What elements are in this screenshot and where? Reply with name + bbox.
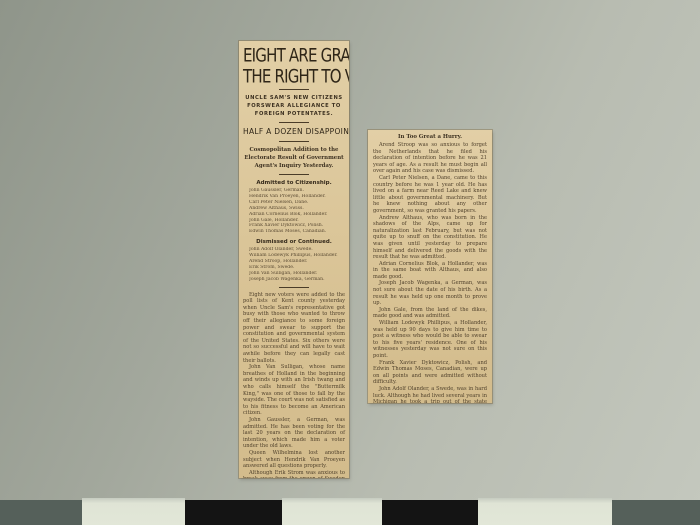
newspaper-clipping-right: In Too Great a Hurry. Arend Stroop was s… — [368, 130, 492, 403]
paragraph: Arend Stroop was so anxious to forget th… — [373, 142, 487, 175]
dismissed-list: John Adolf Olander, Swede.William Lodewy… — [249, 247, 345, 282]
headline-line-2: THE RIGHT TO VOTE — [243, 66, 345, 87]
paragraph: Frank Xavier Dyktowicz, Polish, and Edwi… — [373, 360, 487, 386]
dismissed-heading: Dismissed or Continued. — [243, 238, 345, 246]
scale-segment-white — [478, 498, 612, 525]
admitted-list: John Gaussler, German.Hendrik Van Proeye… — [249, 188, 345, 235]
paragraph: Andrew Althaus, who was born in the shad… — [373, 215, 487, 261]
divider — [279, 174, 309, 175]
paragraph: Eight new voters were added to the poll … — [243, 292, 345, 365]
scale-segment-white — [82, 498, 185, 525]
deck-subhead-2: HALF A DOZEN DISAPPOINTED — [243, 127, 345, 137]
paragraph: William Lodewyk Phillipus, a Hollander, … — [373, 320, 487, 360]
scale-segment-black — [185, 500, 282, 525]
divider — [279, 287, 309, 288]
admitted-heading: Admitted to Citizenship. — [243, 179, 345, 187]
paragraph: Although Erik Strom was anxious to break… — [243, 470, 345, 478]
divider — [279, 89, 309, 90]
newspaper-clipping-left: EIGHT ARE GRANTED THE RIGHT TO VOTE UNCL… — [239, 41, 349, 478]
deck-subhead-3: Cosmopolitan Addition to the Electorate … — [243, 146, 345, 170]
divider — [279, 141, 309, 142]
deck-subhead: UNCLE SAM'S NEW CITIZENS FORSWEAR ALLEGI… — [243, 94, 345, 118]
paragraph: Joseph Jacob Wagenka, a German, was not … — [373, 280, 487, 306]
scale-segment-black — [382, 500, 478, 525]
article-body: Eight new voters were added to the poll … — [243, 292, 345, 478]
paragraph: Adrian Cornelius Blok, a Hollander, was … — [373, 261, 487, 281]
paragraph: Queen Wilhelmina lost another subject wh… — [243, 450, 345, 470]
scale-segment-white — [282, 498, 382, 525]
paragraph: John Adolf Olander, a Swede, was in hard… — [373, 386, 487, 403]
article-body: Arend Stroop was so anxious to forget th… — [373, 142, 487, 403]
divider — [279, 122, 309, 123]
paragraph: Carl Peter Nielsen, a Dane, came to this… — [373, 175, 487, 215]
section-title: In Too Great a Hurry. — [373, 133, 487, 141]
paragraph: John Van Sulligan, whose name breathes o… — [243, 364, 345, 417]
paragraph: John Gaussler, a German, was admitted. H… — [243, 417, 345, 450]
headline: EIGHT ARE GRANTED THE RIGHT TO VOTE — [243, 45, 345, 88]
name-entry: Joseph Jacob Wagenka, German. — [249, 277, 345, 283]
scale-bar — [0, 498, 700, 525]
name-entry: Edwin Thomas Moses, Canadian. — [249, 229, 345, 235]
paragraph: John Gale, from the land of the dikes, m… — [373, 307, 487, 320]
headline-line-1: EIGHT ARE GRANTED — [243, 45, 345, 66]
scale-segment-black — [612, 500, 700, 525]
scale-segment-black — [0, 500, 82, 525]
